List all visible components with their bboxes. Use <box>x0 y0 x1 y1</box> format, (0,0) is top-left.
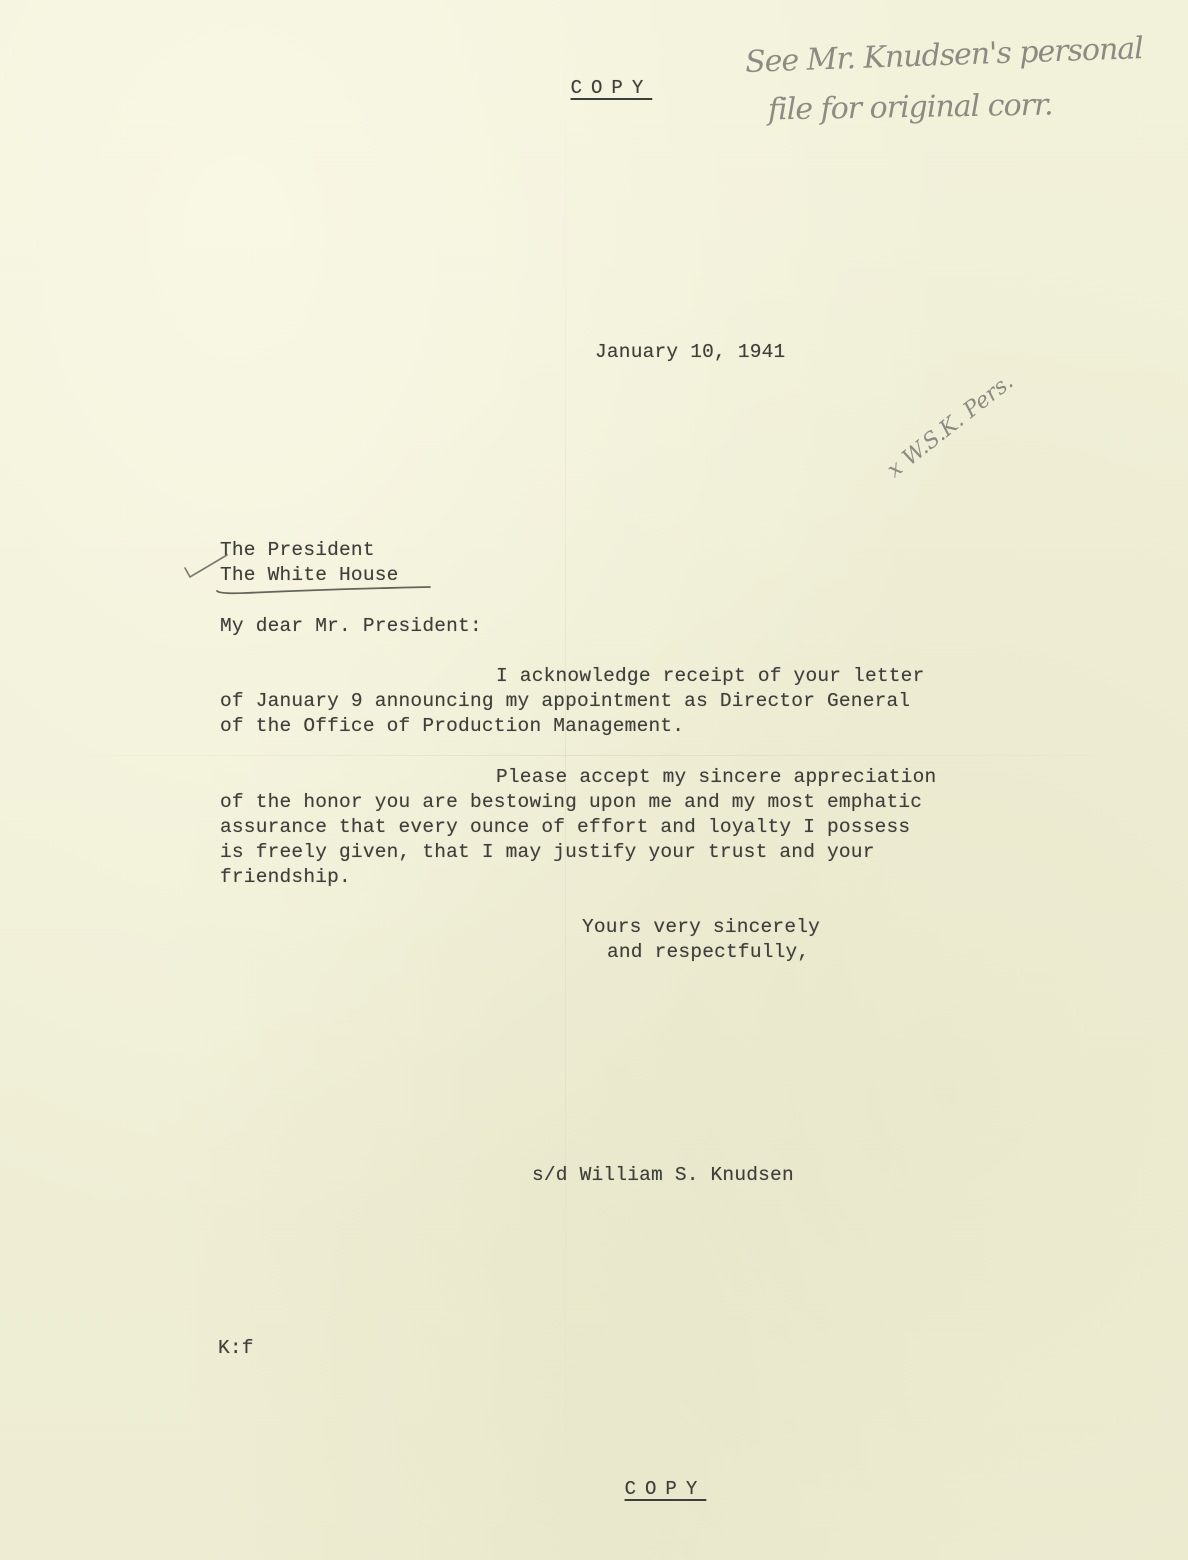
copy-mark-top-text: COPY <box>571 77 653 99</box>
margin-annotation: x W.S.K. Pers. <box>883 369 1019 483</box>
paragraph-2-line-3: assurance that every ounce of effort and… <box>220 815 910 841</box>
typist-initials: K:f <box>218 1336 254 1362</box>
paragraph-2-line-4: is freely given, that I may justify your… <box>220 840 875 866</box>
signature: s/d William S. Knudsen <box>532 1163 794 1189</box>
paragraph-2-line-2: of the honor you are bestowing upon me a… <box>220 790 922 816</box>
closing-line-2: and respectfully, <box>607 940 809 966</box>
pencil-underline <box>215 585 435 597</box>
paper-fold-horizontal <box>0 755 1188 756</box>
copy-mark-bottom: COPY <box>543 1451 706 1528</box>
paragraph-1-line-2: of January 9 announcing my appointment a… <box>220 689 910 715</box>
paragraph-1-line-1: I acknowledge receipt of your letter <box>496 664 924 690</box>
handwritten-note-line-2: file for original corr. <box>768 88 1053 128</box>
copy-mark-bottom-text: COPY <box>625 1478 707 1500</box>
checkmark-icon <box>182 553 232 583</box>
salutation: My dear Mr. President: <box>220 614 482 640</box>
closing-line-1: Yours very sincerely <box>582 915 820 941</box>
letter-date: January 10, 1941 <box>595 340 785 366</box>
paragraph-2-line-5: friendship. <box>220 865 351 891</box>
copy-mark-top: COPY <box>489 50 652 127</box>
handwritten-note-line-1: See Mr. Knudsen's personal <box>745 31 1144 80</box>
paragraph-2-line-1: Please accept my sincere appreciation <box>496 765 936 791</box>
letter-page: COPY See Mr. Knudsen's personal file for… <box>0 0 1188 1560</box>
paragraph-1-line-3: of the Office of Production Management. <box>220 714 684 740</box>
recipient-line-1: The President <box>220 538 375 564</box>
